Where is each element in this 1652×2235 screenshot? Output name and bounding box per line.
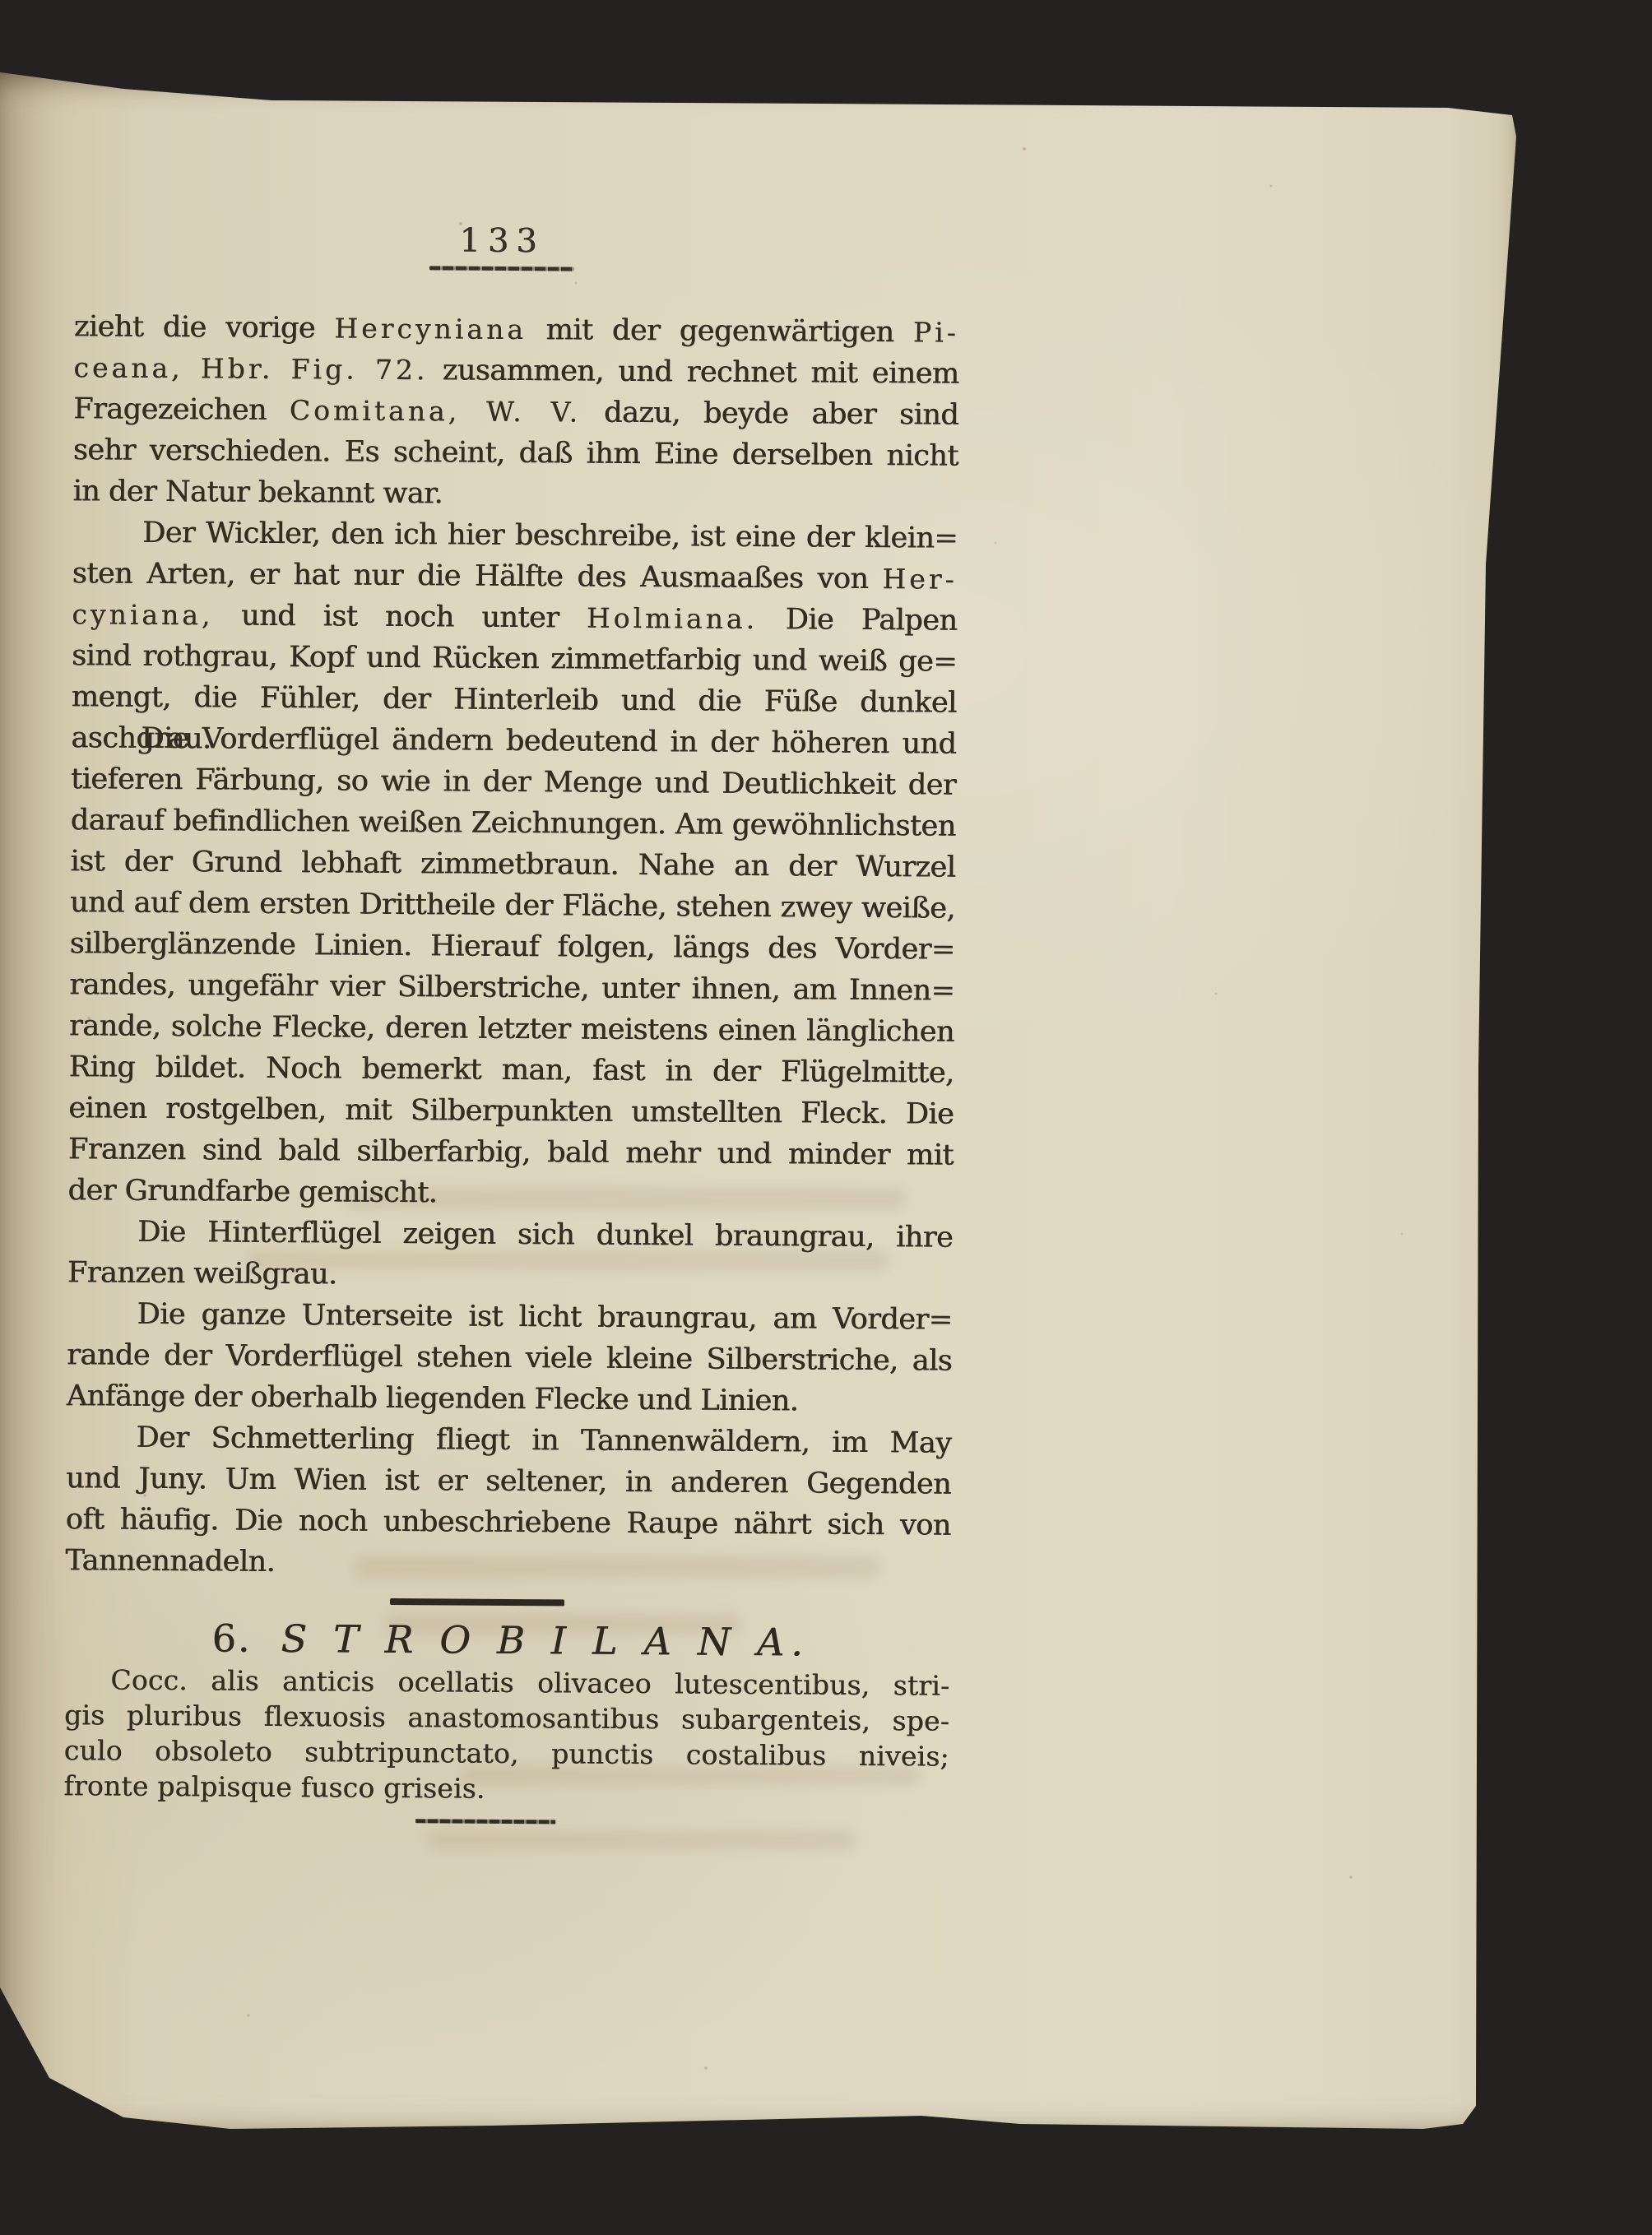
fraktur-text: mit der gegenwärtigen [527, 313, 913, 349]
fraktur-text: Fragezeichen [73, 392, 290, 427]
text-line: Die Hinterflügel zeigen sich dunkel brau… [67, 1211, 953, 1259]
fraktur-text: Franzen weißgrau. [67, 1256, 337, 1291]
fraktur-text: und auf dem ersten Drittheile der Fläche… [70, 886, 955, 925]
text-line: tieferen Färbung, so wie in der Menge un… [71, 758, 956, 806]
fraktur-text: einen rostgelben, mit Silberpunkten umst… [68, 1092, 954, 1131]
paragraph: Die Vorderflügel ändern bedeutend in der… [67, 717, 956, 1217]
paragraph: Der Schmetterling fliegt in Tannenwälder… [65, 1417, 951, 1588]
fraktur-text: sind rothgrau, Kopf und Rücken zimmetfar… [72, 639, 957, 679]
antiqua-text: cyniana, [72, 598, 213, 631]
text-line: Der Wickler, den ich hier beschreibe, is… [72, 512, 958, 559]
text-line: sehr verschieden. Es scheint, daß ihm Ei… [73, 429, 958, 477]
fraktur-text: darauf befindlichen weißen Zeichnungen. … [71, 804, 956, 843]
fraktur-text: Ring bildet. Noch bemerkt man, fast in d… [68, 1050, 954, 1090]
fraktur-text: Tannennadeln. [65, 1544, 275, 1579]
scan-background: 133 zieht die vorige Hercyniana mit der … [0, 0, 1652, 2235]
text-line: randes, ungefähr vier Silberstriche, unt… [69, 964, 954, 1012]
text-block: zieht die vorige Hercyniana mit der gege… [63, 306, 959, 1826]
text-line: Ring bildet. Noch bemerkt man, fast in d… [68, 1046, 954, 1094]
text-line: Der Schmetterling fliegt in Tannenwälder… [66, 1417, 951, 1464]
text-line: fronte palpisque fusco griseis. [63, 1768, 949, 1810]
fraktur-text: culo obsoleto subtripunctato, punctis co… [64, 1734, 949, 1773]
fraktur-text: in der Natur bekannt war. [72, 475, 443, 510]
fraktur-text: fronte palpisque fusco griseis. [63, 1769, 485, 1805]
fraktur-text: silberglänzende Linien. Hierauf folgen, … [69, 927, 954, 967]
text-line: ist der Grund lebhaft zimmetbraun. Nahe … [70, 841, 955, 888]
text-line: und Juny. Um Wien ist er seltener, in an… [66, 1458, 951, 1505]
text-line: Franzen weißgrau. [67, 1252, 953, 1300]
text-line: Die Vorderflügel ändern bedeutend in der… [71, 717, 956, 765]
text-line: ceana, Hbr. Fig. 72. zusammen, und rechn… [73, 347, 958, 395]
fraktur-text: Anfänge der oberhalb liegenden Flecke un… [67, 1379, 799, 1417]
fraktur-text: Franzen sind bald silberfarbig, bald meh… [68, 1133, 954, 1172]
fraktur-text: randes, ungefähr vier Silberstriche, unt… [69, 968, 954, 1008]
text-line: der Grundfarbe gemischt. [67, 1170, 953, 1217]
fraktur-text: und ist noch unter [213, 599, 587, 634]
text-line: Cocc. alis anticis ocellatis olivaceo lu… [64, 1662, 949, 1704]
text-line: zieht die vorige Hercyniana mit der gege… [74, 306, 959, 354]
text-line: Fragezeichen Comitana, W. V. dazu, beyde… [73, 388, 958, 436]
text-line: oft häufig. Die noch unbeschriebene Raup… [66, 1499, 951, 1546]
page-number: 133 [428, 221, 576, 260]
fraktur-text: Die Palpen [758, 603, 958, 638]
paragraph: Die Hinterflügel zeigen sich dunkel brau… [67, 1211, 954, 1300]
text-line: mengt, die Fühler, der Hinterleib und di… [72, 676, 957, 724]
book-page: 133 zieht die vorige Hercyniana mit der … [0, 71, 1519, 2132]
antiqua-text: Holmiana. [587, 602, 758, 635]
fraktur-text: rande, solche Flecke, deren letzter meis… [69, 1009, 954, 1049]
text-line: Anfänge der oberhalb liegenden Flecke un… [67, 1375, 952, 1423]
fraktur-text: Der Schmetterling fliegt in Tannenwälder… [136, 1421, 951, 1460]
text-line: darauf befindlichen weißen Zeichnungen. … [70, 800, 955, 847]
antiqua-text: Hercyniana [334, 312, 527, 345]
text-line: Die ganze Unterseite ist licht braungrau… [67, 1293, 952, 1341]
text-line: silberglänzende Linien. Hierauf folgen, … [69, 923, 954, 971]
text-line: Tannennadeln. [65, 1540, 950, 1588]
paragraph: Cocc. alis anticis ocellatis olivaceo lu… [63, 1662, 949, 1810]
antiqua-text: Her- [882, 563, 958, 596]
show-through-smudge [428, 1831, 856, 1849]
text-line: in der Natur bekannt war. [72, 471, 958, 518]
text-line: culo obsoleto subtripunctato, punctis co… [64, 1732, 949, 1774]
fraktur-text: Cocc. alis anticis ocellatis olivaceo lu… [110, 1664, 949, 1702]
antiqua-text: ceana, Hbr. Fig. 72. [73, 351, 428, 386]
species-heading: 6.STROBILANA. [65, 1612, 950, 1668]
fraktur-text: gis pluribus flexuosis anastomosantibus … [64, 1699, 949, 1737]
paragraph: zieht die vorige Hercyniana mit der gege… [72, 306, 959, 518]
fraktur-text: rande der Vorderflügel stehen viele klei… [67, 1338, 952, 1378]
fraktur-text: ist der Grund lebhaft zimmetbraun. Nahe … [70, 845, 955, 884]
text-line: gis pluribus flexuosis anastomosantibus … [64, 1697, 949, 1739]
page-number-rule [429, 266, 574, 271]
fraktur-text: sten Arten, er hat nur die Hälfte des Au… [72, 557, 883, 596]
section-divider-rule [390, 1598, 564, 1606]
end-divider-rule [415, 1819, 555, 1824]
species-name-period: . [791, 1620, 803, 1664]
fraktur-text: Die Hinterflügel zeigen sich dunkel brau… [137, 1216, 953, 1254]
text-line: cyniana, und ist noch unter Holmiana. Di… [72, 594, 957, 642]
text-line: einen rostgelben, mit Silberpunkten umst… [68, 1087, 954, 1135]
species-number: 6. [211, 1616, 251, 1660]
fraktur-text: und Juny. Um Wien ist er seltener, in an… [66, 1462, 951, 1501]
text-line: Franzen sind bald silberfarbig, bald meh… [68, 1129, 954, 1176]
fraktur-text: Der Wickler, den ich hier beschreibe, is… [142, 517, 958, 555]
fraktur-text: Die Vorderflügel ändern bedeutend in der… [141, 722, 956, 761]
species-name: STROBILANA [281, 1616, 810, 1664]
text-line: sten Arten, er hat nur die Hälfte des Au… [72, 553, 958, 600]
fraktur-text: Die ganze Unterseite ist licht braungrau… [137, 1298, 952, 1337]
fraktur-text: sehr verschieden. Es scheint, daß ihm Ei… [73, 434, 958, 473]
fraktur-text: dazu, beyde aber sind [581, 396, 958, 432]
text-line: rande der Vorderflügel stehen viele klei… [67, 1334, 952, 1382]
paragraph: Die ganze Unterseite ist licht braungrau… [67, 1293, 953, 1423]
fraktur-text: zusammen, und rechnet mit einem [428, 354, 958, 391]
text-line: rande, solche Flecke, deren letzter meis… [69, 1005, 954, 1053]
paragraph: Der Wickler, den ich hier beschreibe, is… [72, 512, 958, 724]
fraktur-text: der Grundfarbe gemischt. [67, 1174, 437, 1209]
antiqua-text: Pi- [913, 316, 959, 348]
fraktur-text: zieht die vorige [74, 310, 335, 345]
page-header: 133 [428, 221, 576, 271]
text-line: und auf dem ersten Drittheile der Fläche… [70, 882, 955, 930]
antiqua-text: Comitana, W. V. [290, 394, 581, 428]
fraktur-text: tieferen Färbung, so wie in der Menge un… [71, 763, 956, 802]
text-line: sind rothgrau, Kopf und Rücken zimmetfar… [72, 635, 957, 683]
fraktur-text: oft häufig. Die noch unbeschriebene Raup… [66, 1503, 951, 1542]
